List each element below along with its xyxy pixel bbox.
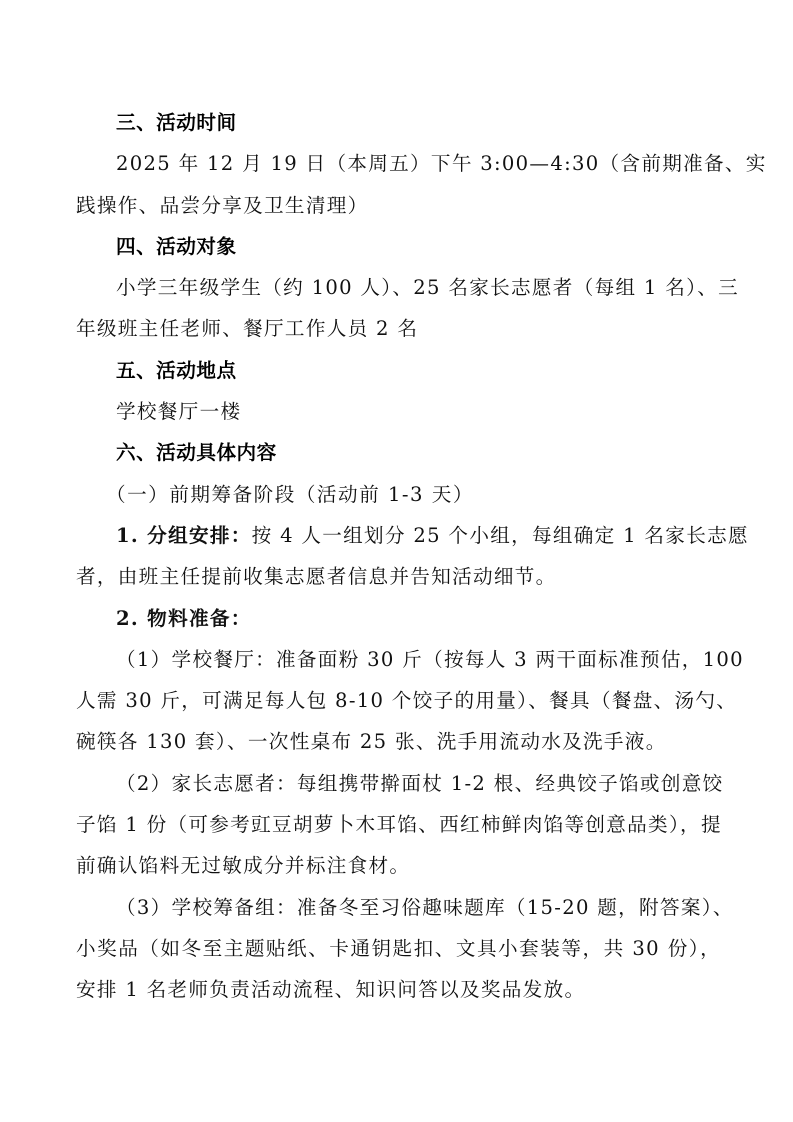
section-heading-content: 六、活动具体内容 [76,432,721,473]
item-text: 按 4 人一组划分 25 个小组，每组确定 1 名家长志愿 [252,524,749,547]
section-heading-time: 三、活动时间 [76,102,721,143]
paragraph-line: 碗筷各 130 套）、一次性桌布 25 张、洗手用流动水及洗手液。 [76,721,721,762]
paragraph-line: 践操作、品尝分享及卫生清理） [76,185,721,226]
item-lead: 1. 分组安排： [116,524,252,547]
section-heading-participants: 四、活动对象 [76,226,721,267]
document-body: 三、活动时间 2025 年 12 月 19 日（本周五）下午 3:00—4:30… [76,102,721,1011]
item-lead: 2. 物料准备： [76,598,721,639]
paragraph-line: 学校餐厅一楼 [76,391,721,432]
paragraph-line: （2）家长志愿者：每组携带擀面杖 1-2 根、经典饺子馅或创意饺 [76,763,721,804]
paragraph-line: 小学三年级学生（约 100 人）、25 名家长志愿者（每组 1 名）、三 [76,267,721,308]
document-page: 三、活动时间 2025 年 12 月 19 日（本周五）下午 3:00—4:30… [0,0,793,1122]
paragraph-line: 2025 年 12 月 19 日（本周五）下午 3:00—4:30（含前期准备、… [76,143,721,184]
paragraph-line: 年级班主任老师、餐厅工作人员 2 名 [76,308,721,349]
paragraph-line: 小奖品（如冬至主题贴纸、卡通钥匙扣、文具小套装等，共 30 份）， [76,928,721,969]
paragraph-line: 前确认馅料无过敏成分并标注食材。 [76,845,721,886]
paragraph-line: 子馅 1 份（可参考豇豆胡萝卜木耳馅、西红柿鲜肉馅等创意品类），提 [76,804,721,845]
paragraph-line: 1. 分组安排：按 4 人一组划分 25 个小组，每组确定 1 名家长志愿 [76,515,721,556]
section-heading-location: 五、活动地点 [76,350,721,391]
paragraph-line: 者，由班主任提前收集志愿者信息并告知活动细节。 [76,556,721,597]
paragraph-line: （3）学校筹备组：准备冬至习俗趣味题库（15-20 题，附答案）、 [76,887,721,928]
paragraph-line: 安排 1 名老师负责活动流程、知识问答以及奖品发放。 [76,969,721,1010]
subsection-heading: （一）前期筹备阶段（活动前 1-3 天） [76,474,721,515]
paragraph-line: 人需 30 斤，可满足每人包 8-10 个饺子的用量）、餐具（餐盘、汤勺、 [76,680,721,721]
paragraph-line: （1）学校餐厅：准备面粉 30 斤（按每人 3 两干面标准预估，100 [76,639,721,680]
